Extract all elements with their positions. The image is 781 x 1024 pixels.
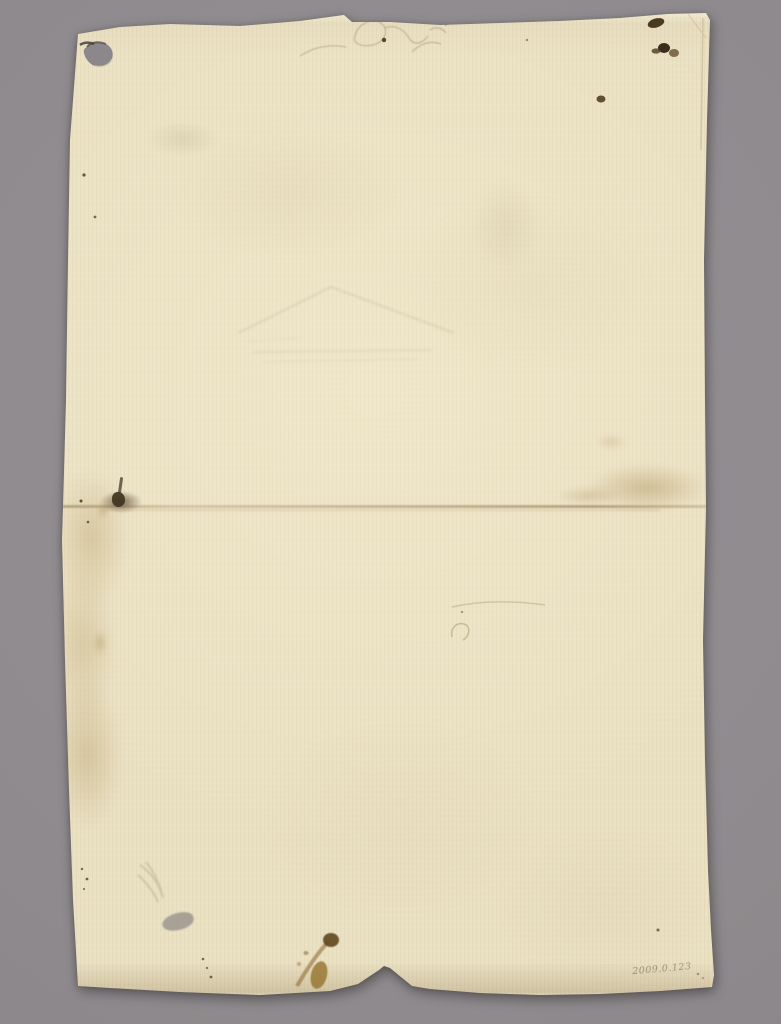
paper-mottling [180,130,400,260]
graphite-smudge [138,862,163,902]
ink-spots-top-right [597,16,680,102]
paper-sheet: 2009.0.123 [0,0,781,1024]
corner-crease-lines [688,14,706,150]
left-edge-water-stain-lower [52,680,122,830]
scratch-mark [452,602,545,607]
tide-line-accent [92,630,108,656]
worm-hole [80,42,113,66]
paper-mottling [470,180,540,270]
ghost-scribble-inscription [300,21,446,56]
fold-ink-smudge-core [112,492,125,507]
paper-mottling [500,830,710,980]
paper-shadow-wrapper: 2009.0.123 [0,0,781,1024]
right-fold-stain-tail [556,486,620,506]
photo-background: 2009.0.123 [0,0,781,1024]
top-edge-highlight [70,13,710,24]
bottom-edge-shading [72,962,712,994]
scuff-mark [148,122,218,156]
right-edge-stain-small [596,434,626,450]
crescent-stain [452,624,469,640]
paper-mottling [260,720,540,910]
gray-smudge [161,910,195,932]
fold-crease-secondary [100,509,660,511]
